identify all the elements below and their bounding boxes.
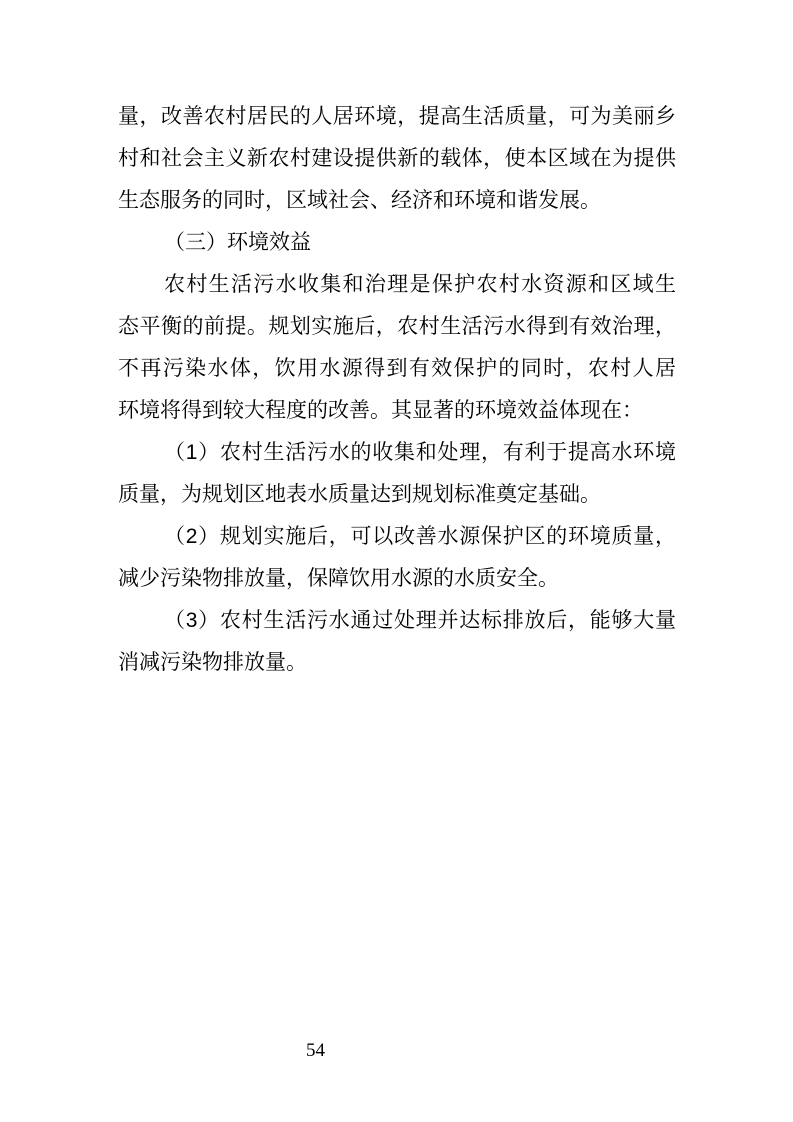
section-heading-line: （三）环境效益	[118, 222, 676, 264]
text-block: 量，改善农村居民的人居环境，提高生活质量，可为美丽乡村和社会主义新农村建设提供新…	[118, 96, 676, 684]
text-line: 生态服务的同时，区域社会、经济和环境和谐发展。	[118, 180, 676, 222]
text-line: 不再污染水体，饮用水源得到有效保护的同时，农村人居	[118, 348, 676, 390]
text-line: 减少污染物排放量，保障饮用水源的水质安全。	[118, 558, 676, 600]
text-line: 态平衡的前提。规划实施后，农村生活污水得到有效治理，	[118, 306, 676, 348]
text-line: （2）规划实施后，可以改善水源保护区的环境质量，	[118, 516, 676, 558]
footer-page-number: 54	[306, 1040, 325, 1062]
text-line: 环境将得到较大程度的改善。其显著的环境效益体现在：	[118, 390, 676, 432]
text-line: 质量，为规划区地表水质量达到规划标准奠定基础。	[118, 474, 676, 516]
text-line: 村和社会主义新农村建设提供新的载体，使本区域在为提供	[118, 138, 676, 180]
text-line: 农村生活污水收集和治理是保护农村水资源和区域生	[118, 264, 676, 306]
text-line: （3）农村生活污水通过处理并达标排放后，能够大量	[118, 600, 676, 642]
document-page: 量，改善农村居民的人居环境，提高生活质量，可为美丽乡村和社会主义新农村建设提供新…	[0, 0, 793, 1122]
text-line: 量，改善农村居民的人居环境，提高生活质量，可为美丽乡	[118, 96, 676, 138]
text-line: 消减污染物排放量。	[118, 642, 676, 684]
text-line: （1）农村生活污水的收集和处理，有利于提高水环境	[118, 432, 676, 474]
